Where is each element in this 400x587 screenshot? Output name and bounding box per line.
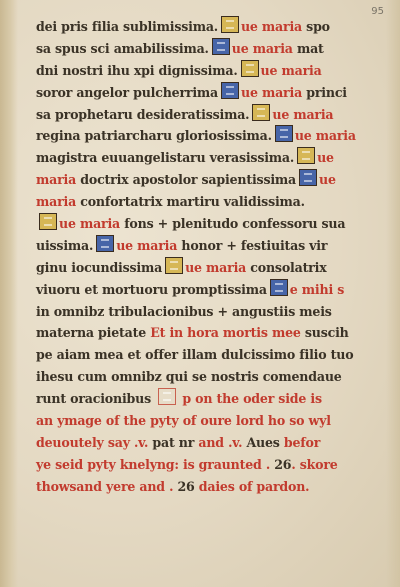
manuscript-line: deuoutely say .v. pat nr and .v. Aues be…	[36, 432, 380, 454]
manuscript-page: 95 dei pris filia sublimissima.ue maria …	[0, 0, 400, 587]
text-span: pe aiam mea et offer illam dulcissimo fi…	[36, 347, 353, 362]
rubric-text: p on the oder side is	[178, 391, 322, 406]
illuminated-initial-icon	[158, 388, 176, 405]
manuscript-line: pe aiam mea et offer illam dulcissimo fi…	[36, 344, 380, 366]
text-span: uissima.	[36, 238, 93, 253]
text-span	[151, 391, 155, 406]
text-span: regina patriarcharu gloriosissima.	[36, 128, 272, 143]
text-span: materna pietate	[36, 325, 150, 340]
manuscript-line: ihesu cum omnibz qui se nostris comendau…	[36, 366, 380, 388]
rubric-text: ue maria	[272, 107, 333, 122]
text-span: dei pris filia sublimissima.	[36, 19, 218, 34]
manuscript-line: runt oracionibus p on the oder side is	[36, 388, 380, 410]
text-span: runt oracionibus	[36, 391, 151, 406]
text-span: pat nr	[152, 435, 194, 450]
manuscript-line: maria doctrix apostolor sapientissimaue	[36, 169, 380, 191]
manuscript-line: viuoru et mortuoru promptissimae mihi s	[36, 279, 380, 301]
text-span: consolatrix	[246, 260, 326, 275]
text-span: confortatrix martiru validissima.	[76, 194, 305, 209]
illuminated-initial-icon	[299, 169, 317, 186]
manuscript-line: thowsand yere and . 26 daies of pardon.	[36, 476, 380, 498]
rubric-text: maria	[36, 194, 76, 209]
text-span: suscih	[301, 325, 349, 340]
rubric-text: daies of pardon.	[195, 479, 310, 494]
illuminated-initial-icon	[241, 60, 259, 77]
text-span: magistra euuangelistaru verasissima.	[36, 150, 294, 165]
text-span: soror angelor pulcherrima	[36, 85, 218, 100]
rubric-text: Et in hora mortis mee	[150, 325, 300, 340]
rubric-text: befor	[280, 435, 320, 450]
text-span: 26	[274, 457, 291, 472]
manuscript-text-block: dei pris filia sublimissima.ue maria spo…	[36, 16, 380, 498]
manuscript-line: materna pietate Et in hora mortis mee su…	[36, 322, 380, 344]
manuscript-line: regina patriarcharu gloriosissima.ue mar…	[36, 125, 380, 147]
rubric-text: ue maria	[295, 128, 356, 143]
illuminated-initial-icon	[39, 213, 57, 230]
manuscript-line: soror angelor pulcherrimaue maria princi	[36, 82, 380, 104]
manuscript-line: sa prophetaru desideratissima.ue maria	[36, 104, 380, 126]
rubric-text: ue	[317, 150, 334, 165]
text-span: dni nostri ihu xpi dignissima.	[36, 63, 238, 78]
rubric-text: ue maria	[185, 260, 246, 275]
text-span: honor + festiuitas vir	[177, 238, 327, 253]
text-span: spo	[302, 19, 330, 34]
rubric-text: ue maria	[59, 216, 120, 231]
illuminated-initial-icon	[212, 38, 230, 55]
rubric-text: deuoutely say .v.	[36, 435, 152, 450]
rubric-text: and .v.	[194, 435, 246, 450]
manuscript-line: magistra euuangelistaru verasissima.ue	[36, 147, 380, 169]
text-span: 26	[177, 479, 194, 494]
rubric-text: maria	[36, 172, 76, 187]
text-span: Aues	[246, 435, 279, 450]
manuscript-line: in omnibz tribulacionibus + angustiis me…	[36, 301, 380, 323]
rubric-text: . skore	[291, 457, 337, 472]
text-span: fons + plenitudo confessoru sua	[120, 216, 345, 231]
rubric-text: ue maria	[232, 41, 293, 56]
text-span: ihesu cum omnibz qui se nostris comendau…	[36, 369, 342, 384]
manuscript-line: an ymage of the pyty of oure lord ho so …	[36, 410, 380, 432]
manuscript-line: ue maria fons + plenitudo confessoru sua	[36, 213, 380, 235]
manuscript-line: maria confortatrix martiru validissima.	[36, 191, 380, 213]
rubric-text: e mihi s	[290, 282, 344, 297]
rubric-text: ye seid pyty knelyng: is graunted .	[36, 457, 274, 472]
rubric-text: thowsand yere and .	[36, 479, 177, 494]
manuscript-line: dni nostri ihu xpi dignissima.ue maria	[36, 60, 380, 82]
rubric-text: ue maria	[241, 85, 302, 100]
illuminated-initial-icon	[221, 82, 239, 99]
manuscript-line: dei pris filia sublimissima.ue maria spo	[36, 16, 380, 38]
manuscript-line: uissima.ue maria honor + festiuitas vir	[36, 235, 380, 257]
manuscript-line: ye seid pyty knelyng: is graunted . 26. …	[36, 454, 380, 476]
text-span: sa prophetaru desideratissima.	[36, 107, 249, 122]
text-span: doctrix apostolor sapientissima	[76, 172, 296, 187]
illuminated-initial-icon	[252, 104, 270, 121]
illuminated-initial-icon	[165, 257, 183, 274]
rubric-text: ue maria	[116, 238, 177, 253]
rubric-text: ue	[319, 172, 336, 187]
manuscript-line: sa spus sci amabilissima.ue maria mat	[36, 38, 380, 60]
rubric-text: ue maria	[241, 19, 302, 34]
manuscript-line: ginu iocundissimaue maria consolatrix	[36, 257, 380, 279]
text-span: sa spus sci amabilissima.	[36, 41, 209, 56]
text-span: ginu iocundissima	[36, 260, 162, 275]
text-span: viuoru et mortuoru promptissima	[36, 282, 267, 297]
illuminated-initial-icon	[297, 147, 315, 164]
illuminated-initial-icon	[275, 125, 293, 142]
text-span: mat	[293, 41, 324, 56]
illuminated-initial-icon	[96, 235, 114, 252]
illuminated-initial-icon	[221, 16, 239, 33]
rubric-text: ue maria	[261, 63, 322, 78]
rubric-text: an ymage of the pyty of oure lord ho so …	[36, 413, 331, 428]
text-span: princi	[302, 85, 347, 100]
text-span: in omnibz tribulacionibus + angustiis me…	[36, 304, 332, 319]
illuminated-initial-icon	[270, 279, 288, 296]
